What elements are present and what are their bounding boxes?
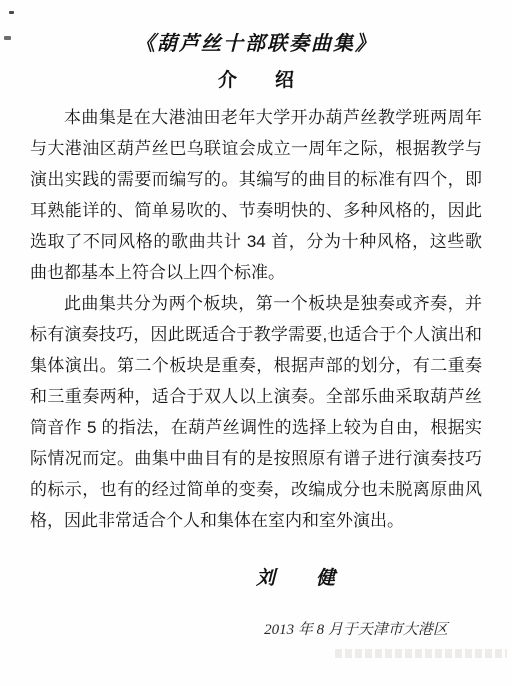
body-paragraph: 此曲集共分为两个板块，第一个板块是独奏或齐奏，并标有演奏技巧，因此既适合于教学需…	[30, 288, 482, 536]
section-heading-introduction: 介 绍	[30, 68, 482, 94]
document-content: 《葫芦丝十部联奏曲集》 介 绍 本曲集是在大港油田老年大学开办葫芦丝教学班两周年…	[30, 0, 482, 536]
document-title: 《葫芦丝十部联奏曲集》	[30, 30, 482, 58]
document-page: 《葫芦丝十部联奏曲集》 介 绍 本曲集是在大港油田老年大学开办葫芦丝教学班两周年…	[0, 0, 512, 686]
body-paragraph: 本曲集是在大港油田老年大学开办葫芦丝教学班两周年与大港油区葫芦丝巴乌联谊会成立一…	[30, 102, 482, 288]
signature-dateline: 2013 年 8 月于天津市大港区	[0, 618, 512, 639]
scan-speck	[9, 11, 14, 14]
signature-name: 刘 健	[0, 563, 512, 590]
scan-speck	[4, 36, 11, 40]
illegible-watermark	[335, 649, 507, 658]
document-body: 本曲集是在大港油田老年大学开办葫芦丝教学班两周年与大港油区葫芦丝巴乌联谊会成立一…	[30, 102, 482, 536]
